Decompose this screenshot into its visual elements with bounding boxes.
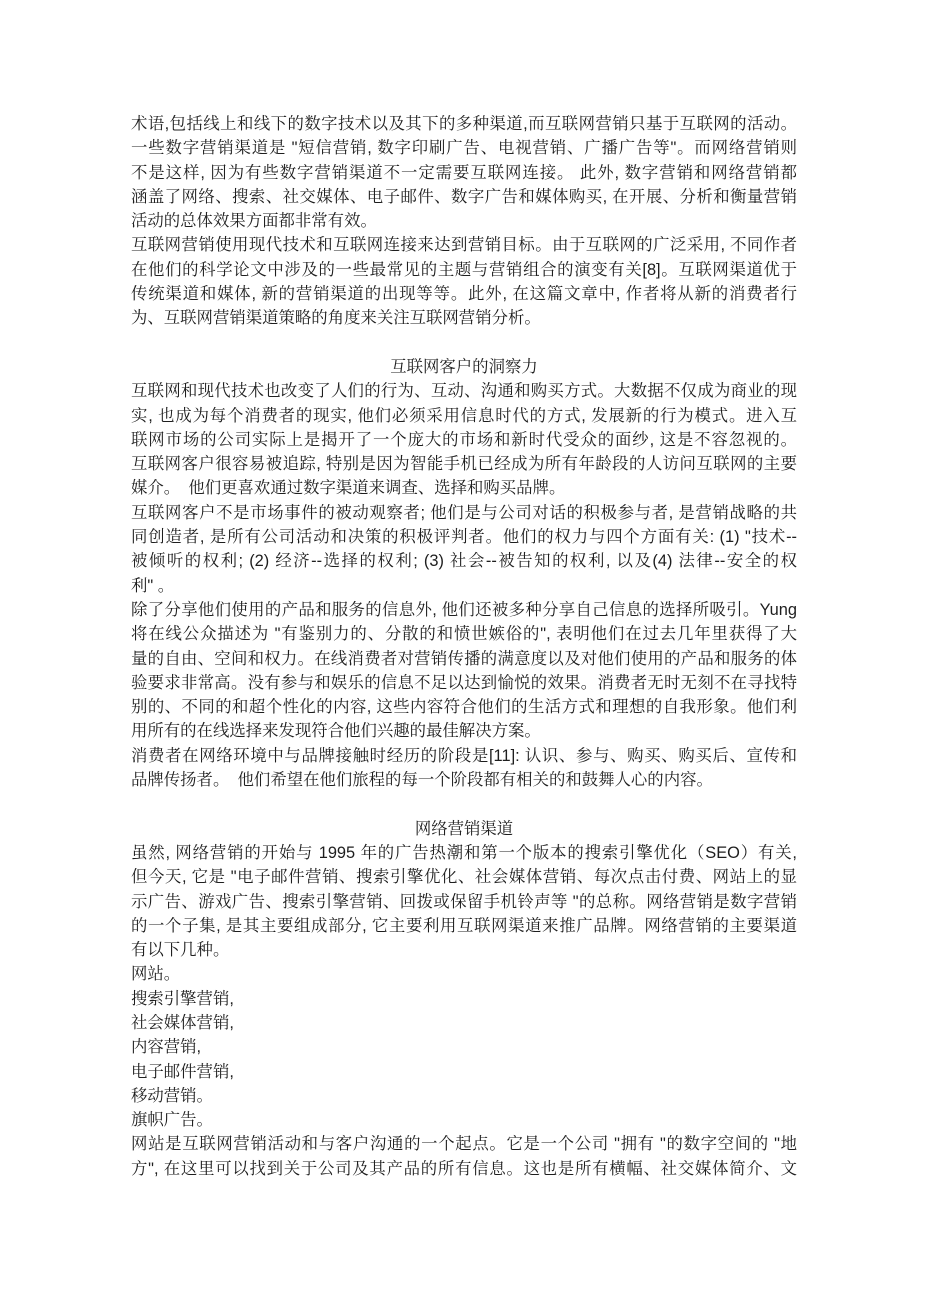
text-line: 方", 在这里可以找到关于公司及其产品的所有信息。这也是所有横幅、社交媒体简介、… [131,1157,797,1181]
text-line: 社会媒体营销, [131,1011,797,1035]
text-line: 量的自由、空间和权力。在线消费者对营销传播的满意度以及对他们使用的产品和服务的体 [131,647,797,671]
text-line: 旗帜广告。 [131,1108,797,1132]
text-line: 互联网营销使用现代技术和互联网连接来达到营销目标。由于互联网的广泛采用, 不同作… [131,233,797,257]
text-line: 联网市场的公司实际上是揭开了一个庞大的市场和新时代受众的面纱, 这是不容忽视的。 [131,428,797,452]
text-line: 虽然, 网络营销的开始与 1995 年的广告热潮和第一个版本的搜索引擎优化（SE… [131,841,797,865]
text-line: 网站。 [131,962,797,986]
text-line: 互联网客户不是市场事件的被动观察者; 他们是与公司对话的积极参与者, 是营销战略… [131,501,797,525]
text-line: 电子邮件营销, [131,1060,797,1084]
text-line: 移动营销。 [131,1084,797,1108]
text-line: 传统渠道和媒体, 新的营销渠道的出现等等。此外, 在这篇文章中, 作者将从新的消… [131,282,797,306]
text-line: 品牌传扬者。 他们希望在他们旅程的每一个阶段都有相关的和鼓舞人心的内容。 [131,768,797,792]
text-line: 在他们的科学论文中涉及的一些最常见的主题与营销组合的演变有关[8]。互联网渠道优… [131,258,797,282]
text-line: 互联网和现代技术也改变了人们的行为、互动、沟通和购买方式。大数据不仅成为商业的现 [131,379,797,403]
text-line: 用所有的在线选择来发现符合他们兴趣的最佳解决方案。 [131,719,797,743]
text-line: 消费者在网络环境中与品牌接触时经历的阶段是[11]: 认识、参与、购买、购买后、… [131,744,797,768]
text-line: 别的、不同的和超个性化的内容, 这些内容符合他们的生活方式和理想的自我形象。他们… [131,695,797,719]
text-line: 活动的总体效果方面都非常有效。 [131,209,797,233]
text-line: 除了分享他们使用的产品和服务的信息外, 他们还被多种分享自己信息的选择所吸引。Y… [131,598,797,622]
section-heading: 互联网客户的洞察力 [131,355,797,379]
text-line: 将在线公众描述为 "有鉴别力的、分散的和愤世嫉俗的", 表明他们在过去几年里获得… [131,622,797,646]
text-line: 利" 。 [131,574,797,598]
text-line: 不是这样, 因为有些数字营销渠道不一定需要互联网连接。 此外, 数字营销和网络营… [131,161,797,185]
blank-line [131,792,797,816]
text-line: 内容营销, [131,1035,797,1059]
text-line: 示广告、游戏广告、搜索引擎营销、回拨或保留手机铃声等 "的总称。网络营销是数字营… [131,890,797,914]
text-line: 一些数字营销渠道是 "短信营销, 数字印刷广告、电视营销、广播广告等"。而网络营… [131,136,797,160]
section-heading: 网络营销渠道 [131,817,797,841]
text-line: 媒介。 他们更喜欢通过数字渠道来调查、选择和购买品牌。 [131,476,797,500]
text-line: 为、互联网营销渠道策略的角度来关注互联网营销分析。 [131,306,797,330]
text-line: 同创造者, 是所有公司活动和决策的积极评判者。他们的权力与四个方面有关: (1)… [131,525,797,549]
text-line: 术语,包括线上和线下的数字技术以及其下的多种渠道,而互联网营销只基于互联网的活动… [131,112,797,136]
text-line: 验要求非常高。没有参与和娱乐的信息不足以达到愉悦的效果。消费者无时无刻不在寻找特 [131,671,797,695]
blank-line [131,331,797,355]
text-line: 实, 也成为每个消费者的现实, 他们必须采用信息时代的方式, 发展新的行为模式。… [131,404,797,428]
document-page: 术语,包括线上和线下的数字技术以及其下的多种渠道,而互联网营销只基于互联网的活动… [0,0,926,1309]
text-block: 术语,包括线上和线下的数字技术以及其下的多种渠道,而互联网营销只基于互联网的活动… [131,112,797,1181]
text-line: 被倾听的权利; (2) 经济--选择的权利; (3) 社会--被告知的权利, 以… [131,549,797,573]
text-line: 涵盖了网络、搜索、社交媒体、电子邮件、数字广告和媒体购买, 在开展、分析和衡量营… [131,185,797,209]
text-line: 但今天, 它是 "电子邮件营销、搜索引擎优化、社会媒体营销、每次点击付费、网站上… [131,865,797,889]
text-line: 的一个子集, 是其主要组成部分, 它主要利用互联网渠道来推广品牌。网络营销的主要… [131,914,797,938]
text-line: 有以下几种。 [131,938,797,962]
text-line: 互联网客户很容易被追踪, 特别是因为智能手机已经成为所有年龄段的人访问互联网的主… [131,452,797,476]
text-line: 搜索引擎营销, [131,987,797,1011]
text-line: 网站是互联网营销活动和与客户沟通的一个起点。它是一个公司 "拥有 "的数字空间的… [131,1132,797,1156]
